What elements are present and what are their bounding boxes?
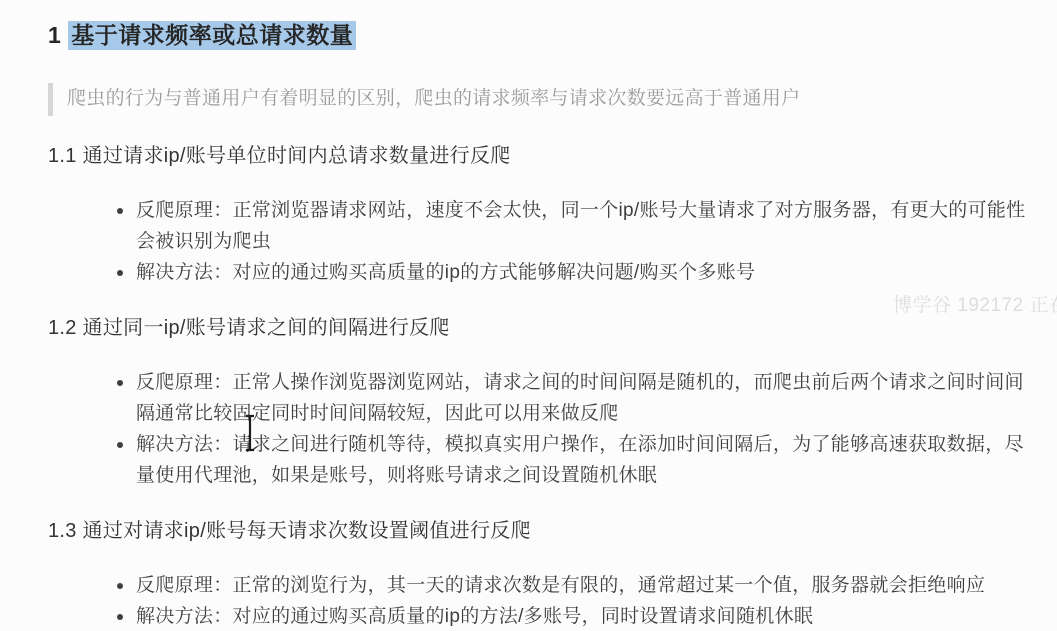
bullet-list: 反爬原理：正常的浏览行为，其一天的请求次数是有限的，通常超过某一个值，服务器就会… [48, 570, 1037, 631]
section-title: 1.1 通过请求ip/账号单位时间内总请求数量进行反爬 [48, 143, 1037, 169]
heading-highlighted-text[interactable]: 基于请求频率或总请求数量 [68, 21, 356, 50]
list-item: 反爬原理：正常的浏览行为，其一天的请求次数是有限的，通常超过某一个值，服务器就会… [136, 570, 1036, 601]
list-item: 反爬原理：正常人操作浏览器浏览网站，请求之间的时间间隔是随机的，而爬虫前后两个请… [136, 367, 1036, 429]
section-title: 1.3 通过对请求ip/账号每天请求次数设置阈值进行反爬 [48, 518, 1037, 544]
section: 1.2 通过同一ip/账号请求之间的间隔进行反爬反爬原理：正常人操作浏览器浏览网… [48, 315, 1037, 491]
list-item: 解决方法：请求之间进行随机等待，模拟真实用户操作，在添加时间间隔后，为了能够高速… [136, 429, 1036, 491]
section-title: 1.2 通过同一ip/账号请求之间的间隔进行反爬 [48, 315, 1037, 341]
list-item: 解决方法：对应的通过购买高质量的ip的方式能够解决问题/购买个多账号 [136, 257, 1036, 288]
section: 1.3 通过对请求ip/账号每天请求次数设置阈值进行反爬反爬原理：正常的浏览行为… [48, 518, 1037, 631]
sections-container: 1.1 通过请求ip/账号单位时间内总请求数量进行反爬反爬原理：正常浏览器请求网… [48, 143, 1037, 631]
list-item: 解决方法：对应的通过购买高质量的ip的方法/多账号，同时设置请求间随机休眠 [136, 601, 1036, 631]
blockquote-text: 爬虫的行为与普通用户有着明显的区别，爬虫的请求频率与请求次数要远高于普通用户 [67, 88, 800, 109]
list-item: 反爬原理：正常浏览器请求网站，速度不会太快，同一个ip/账号大量请求了对方服务器… [136, 195, 1036, 257]
page-title: 1 基于请求频率或总请求数量 [48, 14, 1037, 51]
heading-number: 1 [48, 22, 68, 48]
bullet-list: 反爬原理：正常人操作浏览器浏览网站，请求之间的时间间隔是随机的，而爬虫前后两个请… [48, 367, 1037, 491]
bullet-list: 反爬原理：正常浏览器请求网站，速度不会太快，同一个ip/账号大量请求了对方服务器… [48, 195, 1037, 288]
section: 1.1 通过请求ip/账号单位时间内总请求数量进行反爬反爬原理：正常浏览器请求网… [48, 143, 1037, 288]
document-body: 1 基于请求频率或总请求数量 爬虫的行为与普通用户有着明显的区别，爬虫的请求频率… [0, 0, 1057, 631]
blockquote: 爬虫的行为与普通用户有着明显的区别，爬虫的请求频率与请求次数要远高于普通用户 [48, 83, 1037, 116]
